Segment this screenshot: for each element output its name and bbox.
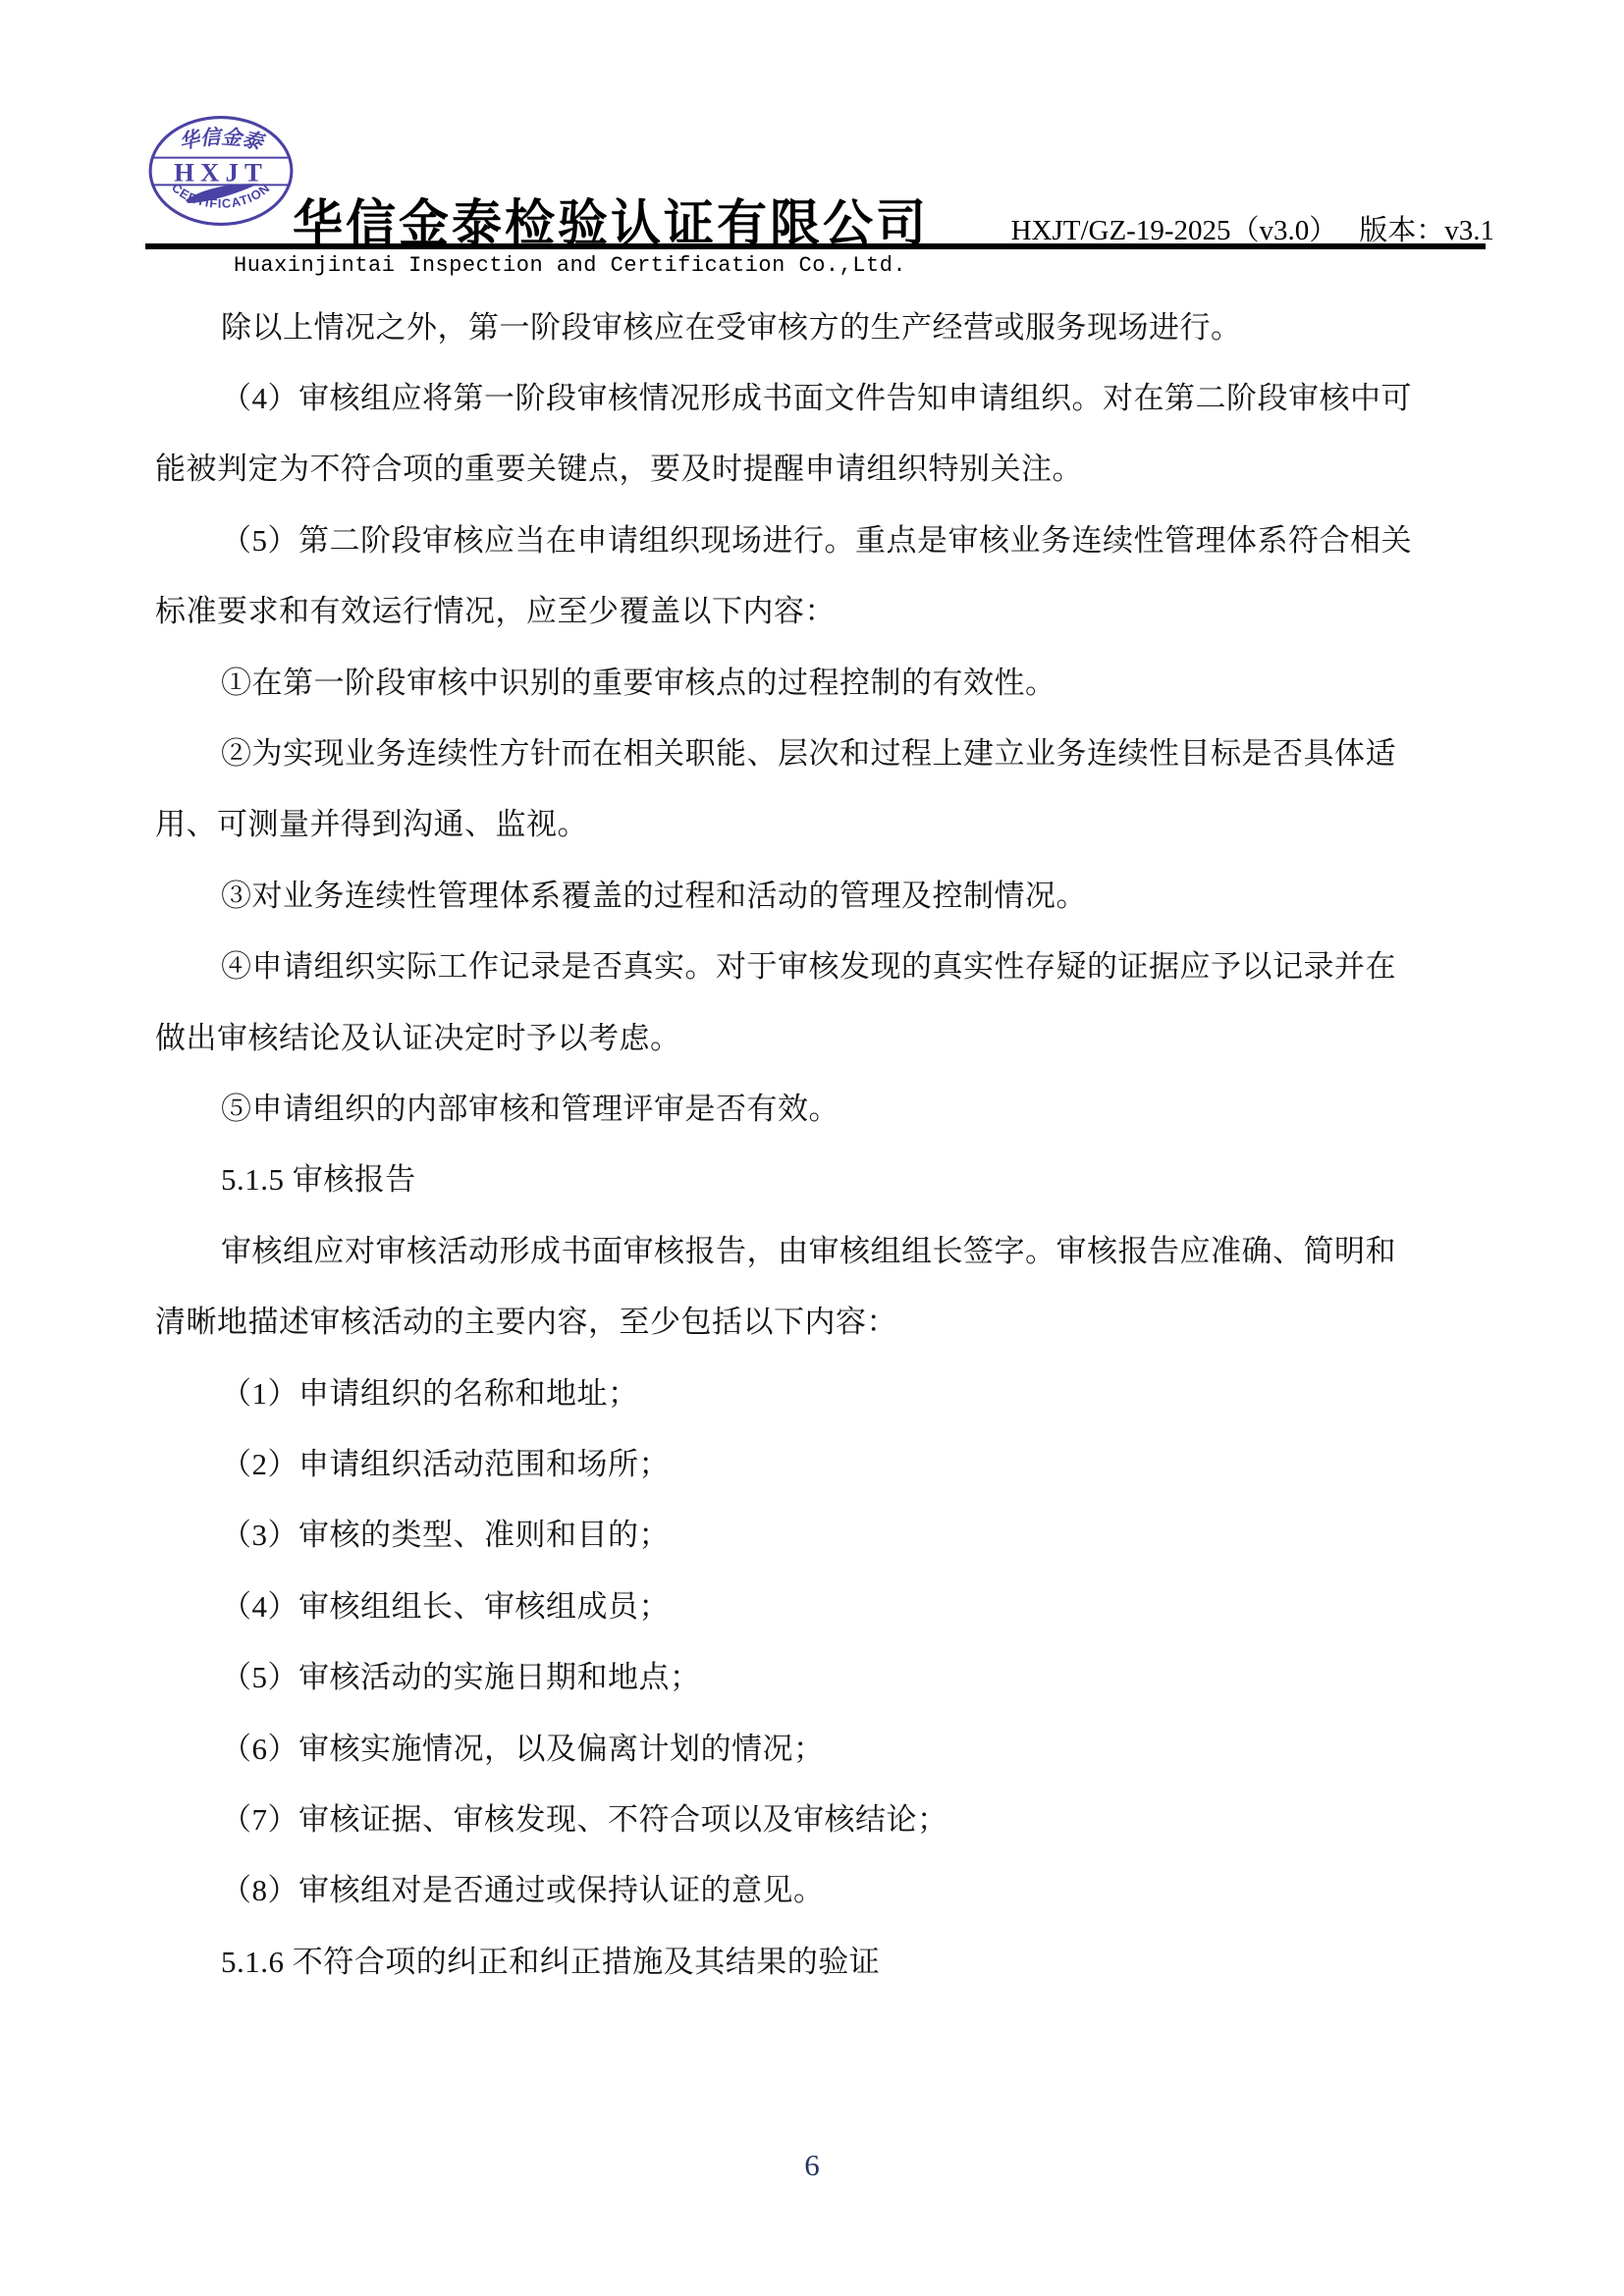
page-number: 6 <box>804 2148 820 2182</box>
company-name-en: Huaxinjintai Inspection and Certificatio… <box>234 253 906 278</box>
text-line: （3）审核的类型、准则和目的； <box>155 1497 1490 1568</box>
text-line: （7）审核证据、审核发现、不符合项以及审核结论； <box>155 1781 1490 1851</box>
document-page: 华信金泰 HXJT CERTIFICATION 华信金泰检验认证有限公司 HXJ… <box>0 0 1624 2296</box>
version-label: 版本：v3.1 <box>1359 208 1494 248</box>
page-footer: 6 <box>0 2148 1624 2183</box>
text-line: 做出审核结论及认证决定时予以考虑。 <box>155 999 1490 1070</box>
text-line: 清晰地描述审核活动的主要内容，至少包括以下内容： <box>155 1283 1490 1354</box>
text-line: 用、可测量并得到沟通、监视。 <box>155 786 1490 857</box>
svg-text:华信金泰: 华信金泰 <box>177 126 268 155</box>
text-line: （5）第二阶段审核应当在申请组织现场进行。重点是审核业务连续性管理体系符合相关 <box>155 502 1490 572</box>
text-line: 标准要求和有效运行情况，应至少覆盖以下内容： <box>155 573 1490 644</box>
text-line: ①在第一阶段审核中识别的重要审核点的过程控制的有效性。 <box>155 644 1490 715</box>
text-line: ③对业务连续性管理体系覆盖的过程和活动的管理及控制情况。 <box>155 857 1490 928</box>
text-line: 能被判定为不符合项的重要关键点，要及时提醒申请组织特别关注。 <box>155 431 1490 502</box>
body-text: 除以上情况之外，第一阶段审核应在受审核方的生产经营或服务现场进行。（4）审核组应… <box>155 289 1490 1994</box>
text-line: ②为实现业务连续性方针而在相关职能、层次和过程上建立业务连续性目标是否具体适 <box>155 715 1490 785</box>
header-rule <box>145 243 1486 249</box>
text-line: （1）申请组织的名称和地址； <box>155 1355 1490 1425</box>
text-line: （2）申请组织活动范围和场所； <box>155 1425 1490 1496</box>
text-line: （6）审核实施情况，以及偏离计划的情况； <box>155 1710 1490 1781</box>
document-meta: HXJT/GZ-19-2025（v3.0） 版本：v3.1 <box>1011 208 1494 248</box>
text-line: 5.1.5 审核报告 <box>155 1142 1490 1212</box>
company-logo: 华信金泰 HXJT CERTIFICATION <box>147 114 295 228</box>
text-line: ④申请组织实际工作记录是否真实。对于审核发现的真实性存疑的证据应予以记录并在 <box>155 929 1490 999</box>
text-line: ⑤申请组织的内部审核和管理评审是否有效。 <box>155 1070 1490 1141</box>
text-line: （8）审核组对是否通过或保持认证的意见。 <box>155 1852 1490 1923</box>
text-line: （5）审核活动的实施日期和地点； <box>155 1638 1490 1709</box>
text-line: 5.1.6 不符合项的纠正和纠正措施及其结果的验证 <box>155 1923 1490 1994</box>
text-line: 除以上情况之外，第一阶段审核应在受审核方的生产经营或服务现场进行。 <box>155 289 1490 359</box>
logo-top-text: 华信金泰 <box>177 126 268 155</box>
document-number: HXJT/GZ-19-2025（v3.0） <box>1011 208 1338 248</box>
text-line: （4）审核组组长、审核组成员； <box>155 1568 1490 1638</box>
logo-acronym: HXJT <box>174 157 268 187</box>
text-line: （4）审核组应将第一阶段审核情况形成书面文件告知申请组织。对在第二阶段审核中可 <box>155 359 1490 430</box>
text-line: 审核组应对审核活动形成书面审核报告，由审核组组长签字。审核报告应准确、简明和 <box>155 1212 1490 1283</box>
